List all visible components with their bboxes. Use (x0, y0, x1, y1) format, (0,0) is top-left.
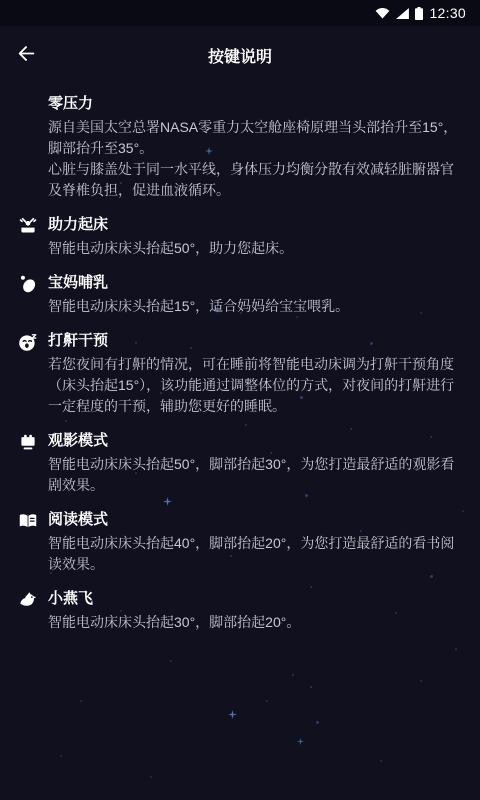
back-arrow-icon (16, 43, 38, 68)
baby-bottle-icon (16, 272, 40, 296)
instruction-section: 小燕飞 智能电动床床头抬起30°，脚部抬起20°。 (16, 589, 466, 633)
section-paragraph: 若您夜间有打鼾的情况，可在睡前将智能电动床调为打鼾干预角度（床头抬起15°），该… (48, 354, 466, 417)
content: 零压力 源自美国太空总署NASA零重力太空舱座椅原理当头部抬升至15°，脚部抬升… (0, 84, 480, 633)
section-body: 源自美国太空总署NASA零重力太空舱座椅原理当头部抬升至15°，脚部抬升至35°… (48, 117, 466, 201)
battery-icon (415, 7, 423, 20)
back-button[interactable] (12, 39, 42, 72)
star-decoration (170, 660, 172, 662)
star-decoration (80, 700, 82, 702)
star-decoration (316, 721, 319, 724)
instruction-section: 打鼾干预 若您夜间有打鼾的情况，可在睡前将智能电动床调为打鼾干预角度（床头抬起1… (16, 331, 466, 417)
section-body: 智能电动床床头抬起15°，适合妈妈给宝宝喂乳。 (48, 296, 466, 317)
section-title: 阅读模式 (48, 510, 466, 530)
star-decoration (380, 760, 382, 762)
header: 按键说明 (0, 26, 480, 84)
swallow-bird-icon (16, 588, 40, 612)
wake-up-assist-icon (16, 214, 40, 238)
section-title: 助力起床 (48, 215, 466, 235)
instruction-section: 助力起床 智能电动床床头抬起50°，助力您起床。 (16, 215, 466, 259)
status-bar: 12:30 (0, 0, 480, 26)
star-decoration (266, 700, 268, 702)
open-book-icon (16, 509, 40, 533)
status-time: 12:30 (429, 5, 466, 21)
star-decoration (60, 755, 62, 757)
section-paragraph: 智能电动床床头抬起15°，适合妈妈给宝宝喂乳。 (48, 296, 466, 317)
star-decoration (420, 680, 422, 682)
star-decoration (297, 738, 304, 745)
section-paragraph: 智能电动床床头抬起40°，脚部抬起20°，为您打造最舒适的看书阅读效果。 (48, 533, 466, 575)
section-body: 智能电动床床头抬起40°，脚部抬起20°，为您打造最舒适的看书阅读效果。 (48, 533, 466, 575)
section-title: 打鼾干预 (48, 331, 466, 351)
instruction-section: 宝妈哺乳 智能电动床床头抬起15°，适合妈妈给宝宝喂乳。 (16, 273, 466, 317)
section-body: 智能电动床床头抬起50°，助力您起床。 (48, 238, 466, 259)
star-decoration (292, 674, 294, 676)
section-title: 观影模式 (48, 431, 466, 451)
section-title: 宝妈哺乳 (48, 273, 466, 293)
instruction-section: 零压力 源自美国太空总署NASA零重力太空舱座椅原理当头部抬升至15°，脚部抬升… (16, 94, 466, 201)
section-body: 智能电动床床头抬起30°，脚部抬起20°。 (48, 612, 466, 633)
section-paragraph: 智能电动床床头抬起50°，助力您起床。 (48, 238, 466, 259)
section-title: 零压力 (48, 94, 466, 114)
star-decoration (150, 776, 152, 778)
section-paragraph: 心脏与膝盖处于同一水平线，身体压力均衡分散有效减轻脏腑器官及脊椎负担，促进血液循… (48, 159, 466, 201)
star-decoration (455, 648, 457, 650)
section-title: 小燕飞 (48, 589, 466, 609)
instruction-section: 观影模式 智能电动床床头抬起50°，脚部抬起30°，为您打造最舒适的观影看剧效果… (16, 431, 466, 496)
section-body: 若您夜间有打鼾的情况，可在睡前将智能电动床调为打鼾干预角度（床头抬起15°），该… (48, 354, 466, 417)
section-paragraph: 智能电动床床头抬起50°，脚部抬起30°，为您打造最舒适的观影看剧效果。 (48, 454, 466, 496)
cellular-signal-icon (396, 8, 409, 19)
section-paragraph: 智能电动床床头抬起30°，脚部抬起20°。 (48, 612, 466, 633)
section-paragraph: 源自美国太空总署NASA零重力太空舱座椅原理当头部抬升至15°，脚部抬升至35°… (48, 117, 466, 159)
wifi-icon (375, 8, 390, 19)
snore-sleeping-face-icon (16, 330, 40, 354)
section-body: 智能电动床床头抬起50°，脚部抬起30°，为您打造最舒适的观影看剧效果。 (48, 454, 466, 496)
page-title: 按键说明 (0, 44, 480, 67)
instruction-section: 阅读模式 智能电动床床头抬起40°，脚部抬起20°，为您打造最舒适的看书阅读效果… (16, 510, 466, 575)
section-icon (16, 93, 40, 117)
movie-popcorn-icon (16, 430, 40, 454)
star-decoration (228, 710, 237, 719)
app-screen: 12:30 按键说明 零压力 源自美国太空总署NASA零重力太空舱座椅原理当头部… (0, 0, 480, 800)
star-decoration (310, 686, 312, 688)
